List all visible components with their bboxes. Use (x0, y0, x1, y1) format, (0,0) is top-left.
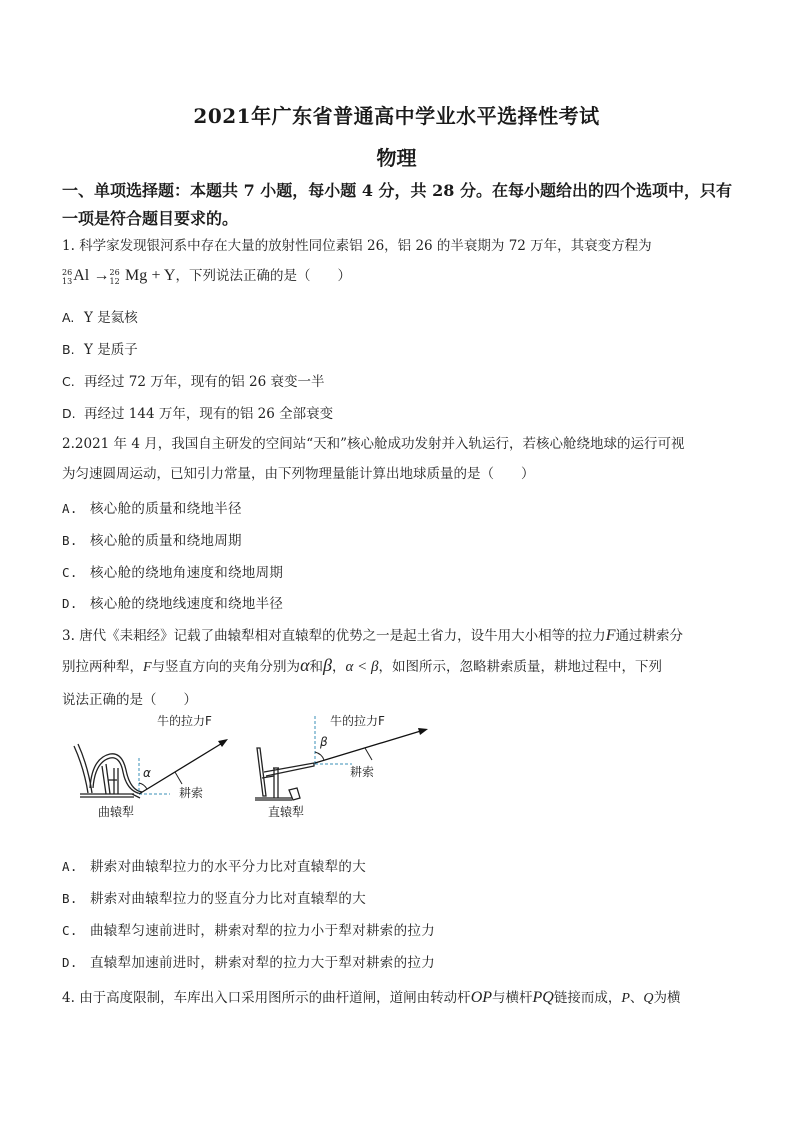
section-heading-line2: 一项是符合题目要求的。 (62, 206, 238, 229)
beta-symbol: β (323, 655, 332, 675)
var-F: F (606, 627, 616, 644)
plough-figure: 牛的拉力F α 耕索 曲辕犁 牛的拉力F β 耕索 直辕犁 (62, 708, 462, 823)
right-caption: 直辕犁 (268, 803, 304, 820)
var-OP: OP (471, 989, 492, 1006)
q2-option-b[interactable]: B.核心舱的质量和绕地周期 (62, 529, 242, 549)
left-caption: 曲辕犁 (98, 803, 134, 820)
q3-option-a[interactable]: A.耕索对曲辕犁拉力的水平分力比对直辕犁的大 (62, 855, 366, 875)
plus-y: + Y (152, 267, 176, 284)
left-force-label: 牛的拉力F (157, 712, 212, 729)
question-1-equation: 2613Al →2612 Mg + Y，下列说法正确的是（ ） (62, 264, 351, 286)
question-3-stem-line3: 说法正确的是（ ） (62, 688, 197, 708)
q2-option-a[interactable]: A.核心舱的质量和绕地半径 (62, 497, 242, 517)
al-nuclide-indices: 2613 (62, 268, 72, 286)
right-force-label: 牛的拉力F (330, 712, 385, 729)
q1-option-d[interactable]: D.再经过 144 万年，现有的铝 26 全部衰变 (62, 402, 333, 422)
mg-nuclide-indices: 2612 (109, 268, 119, 286)
question-4-stem-line1: 4. 由于高度限制，车库出入口采用图所示的曲杆道闸，道闸由转动杆OP与横杆PQ链… (62, 986, 681, 1007)
q1-option-a[interactable]: A.Y 是氦核 (62, 306, 138, 326)
left-rope-label: 耕索 (179, 784, 203, 801)
exam-subject: 物理 (0, 142, 793, 171)
q3-option-b[interactable]: B.耕索对曲辕犁拉力的竖直分力比对直辕犁的大 (62, 887, 366, 907)
question-text: 科学家发现银河系中存在大量的放射性同位素铝 26，铝 26 的半衰期为 72 万… (79, 238, 652, 254)
alpha-symbol: α (300, 655, 309, 675)
al-symbol: Al (73, 267, 89, 284)
q2-option-d[interactable]: D.核心舱的绕地线速度和绕地半径 (62, 592, 283, 612)
q2-option-c[interactable]: C.核心舱的绕地角速度和绕地周期 (62, 561, 283, 581)
question-1-stem: 1. 科学家发现银河系中存在大量的放射性同位素铝 26，铝 26 的半衰期为 7… (62, 234, 652, 254)
question-number: 1. (62, 238, 75, 254)
reaction-arrow: → (93, 267, 109, 284)
left-angle-label: α (143, 766, 151, 780)
equation-tail: ，下列说法正确的是（ ） (175, 268, 351, 284)
var-PQ: PQ (533, 989, 554, 1006)
q1-option-c[interactable]: C.再经过 72 万年，现有的铝 26 衰变一半 (62, 370, 325, 390)
mg-symbol: Mg (125, 267, 147, 284)
right-angle-label: β (320, 735, 328, 749)
q3-option-d[interactable]: D.直辕犁加速前进时，耕索对犁的拉力大于犁对耕索的拉力 (62, 951, 435, 971)
right-rope-label: 耕索 (350, 763, 374, 780)
question-3-stem-line2: 别拉两种犁，F与竖直方向的夹角分别为α和β，α < β，如图所示，忽略耕索质量，… (62, 655, 662, 676)
question-2-stem-line2: 为匀速圆周运动，已知引力常量，由下列物理量能计算出地球质量的是（ ） (62, 462, 535, 482)
q1-option-b[interactable]: B.Y 是质子 (62, 338, 138, 358)
section-heading-line1: 一、单项选择题：本题共 7 小题，每小题 4 分，共 28 分。在每小题给出的四… (62, 178, 732, 201)
question-2-stem-line1: 2.2021 年 4 月，我国自主研发的空间站“天和”核心舱成功发射并入轨运行，… (62, 432, 685, 452)
question-3-stem-line1: 3. 唐代《耒耜经》记载了曲辕犁相对直辕犁的优势之一是起土省力，设牛用大小相等的… (62, 624, 683, 645)
q3-option-c[interactable]: C.曲辕犁匀速前进时，耕索对犁的拉力小于犁对耕索的拉力 (62, 919, 435, 939)
exam-title: 2021年广东省普通高中学业水平选择性考试 (0, 100, 793, 129)
inequality: α < β (345, 659, 378, 675)
